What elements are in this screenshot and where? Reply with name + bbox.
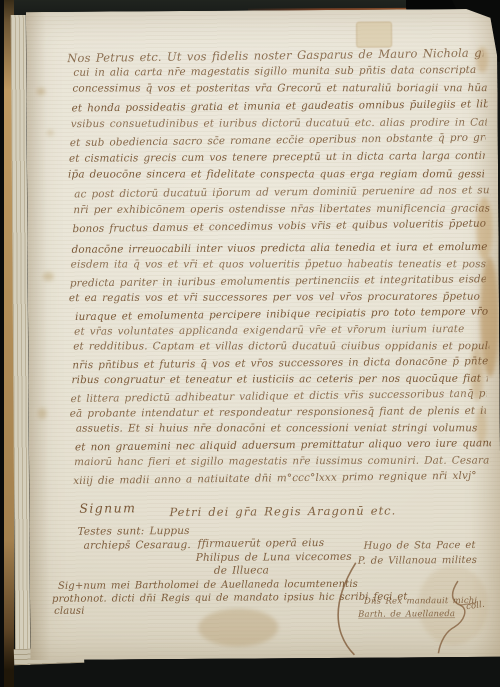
signum-word: Signum [79,500,136,515]
manuscript-text-line: et littera predictū adhibeatur validique… [71,387,487,405]
manuscript-text-line: et redditibus. Captam et villas dictorū … [73,341,489,353]
photograph-of-bound-manuscript: Nos Petrus etc. Ut vos fidelis noster Ga… [0,0,500,687]
parenthesis-flourish [330,561,361,657]
manuscript-text-line: et cismaticis grecis cum vos tenere prec… [69,150,485,165]
confirmation-line: de Illueca [214,564,269,576]
registration-flourish [436,579,489,657]
manuscript-text-line: et non grauemini nec aliquid aduersum pr… [75,437,491,453]
manuscript-text-line: Nos Petrus etc. Ut vos fidelis noster Ga… [67,46,483,66]
manuscript-text-line: nr̄is pn̄tibus et futuris q̄ vos et vr̄o… [72,355,488,371]
notary-subscription-line: clausi [54,606,85,617]
manuscript-text-line: donacōne irreuocabili inter viuos predic… [72,241,488,256]
manuscript-text-line: nr̄i per exhibicōnem operis ostendisse n… [73,202,489,216]
confirmation-line: ffirmauerūt operā eius [198,537,325,550]
manuscript-text-line: concessimus q̄ vos et posteritas vr̄a Gr… [72,83,487,95]
manuscript-text-line: maiorū hanc fieri et sigillo magestatis … [74,455,490,469]
manuscript-text-line: assuetis. Et si huius nr̄e donacōni et c… [76,423,478,435]
witness-list-line: P. de Villanoua milites [358,555,477,567]
manuscript-page: Nos Petrus etc. Ut vos fidelis noster Ga… [26,9,500,660]
manuscript-text-line: ac post dictorū ducatuū ip̄orum ad verum… [74,184,490,200]
manuscript-text-line: xiiij die madii anno a natiuitate dn̄i m… [73,469,477,486]
manuscript-text-line: eisdem ita q̄ vos et vr̄i et quos voluer… [71,259,487,271]
manuscript-text-line: et sub obediencia sacro sc̄e romane ecc̄… [70,132,486,150]
manuscript-text-line: et honda possideatis gratia et imunia et… [72,98,488,114]
manuscript-text-line: cui in alia carta nr̄e magestatis sigill… [73,64,476,79]
royal-intitulatio: Petri dei gr̄a Regis Aragonū etc. [169,504,396,520]
manuscript-text-line: et vr̄as voluntates applicanda exigendar… [74,323,464,338]
manuscript-text-line: iuraque et emolumenta percipere inibique… [75,305,488,322]
manuscript-text-line: ribus congruatur et teneatur et iusticii… [71,373,487,387]
manuscript-text-line: bonos fructus damus et concedimus vobis … [72,218,486,235]
notary-subscription-line: Sig+num mei Bartholomei de Auellaneda lo… [58,579,358,592]
manuscript-text-line: predicta pariter in iuribus emolumentis … [70,273,486,289]
manuscript-text-line: et ea regatis vos et vr̄i successores pe… [69,291,480,305]
manuscript-text-line: ip̄a deuocōne sincera et fidelitate cons… [68,169,484,181]
witness-list-line: Testes sunt: Luppus [78,525,190,538]
confirmation-line: Philipus de Luna vicecomes [196,551,352,564]
witness-list-line: Hugo de S̄ta Pace et [364,540,476,552]
manuscript-text-line: vsibus consuetudinibus et iuribus dictor… [71,116,487,130]
manuscript-text-line: eā probante intendatur et respondeatur r… [70,405,486,420]
witness-list-line: archieps̄ Cesaraug. [84,539,191,552]
